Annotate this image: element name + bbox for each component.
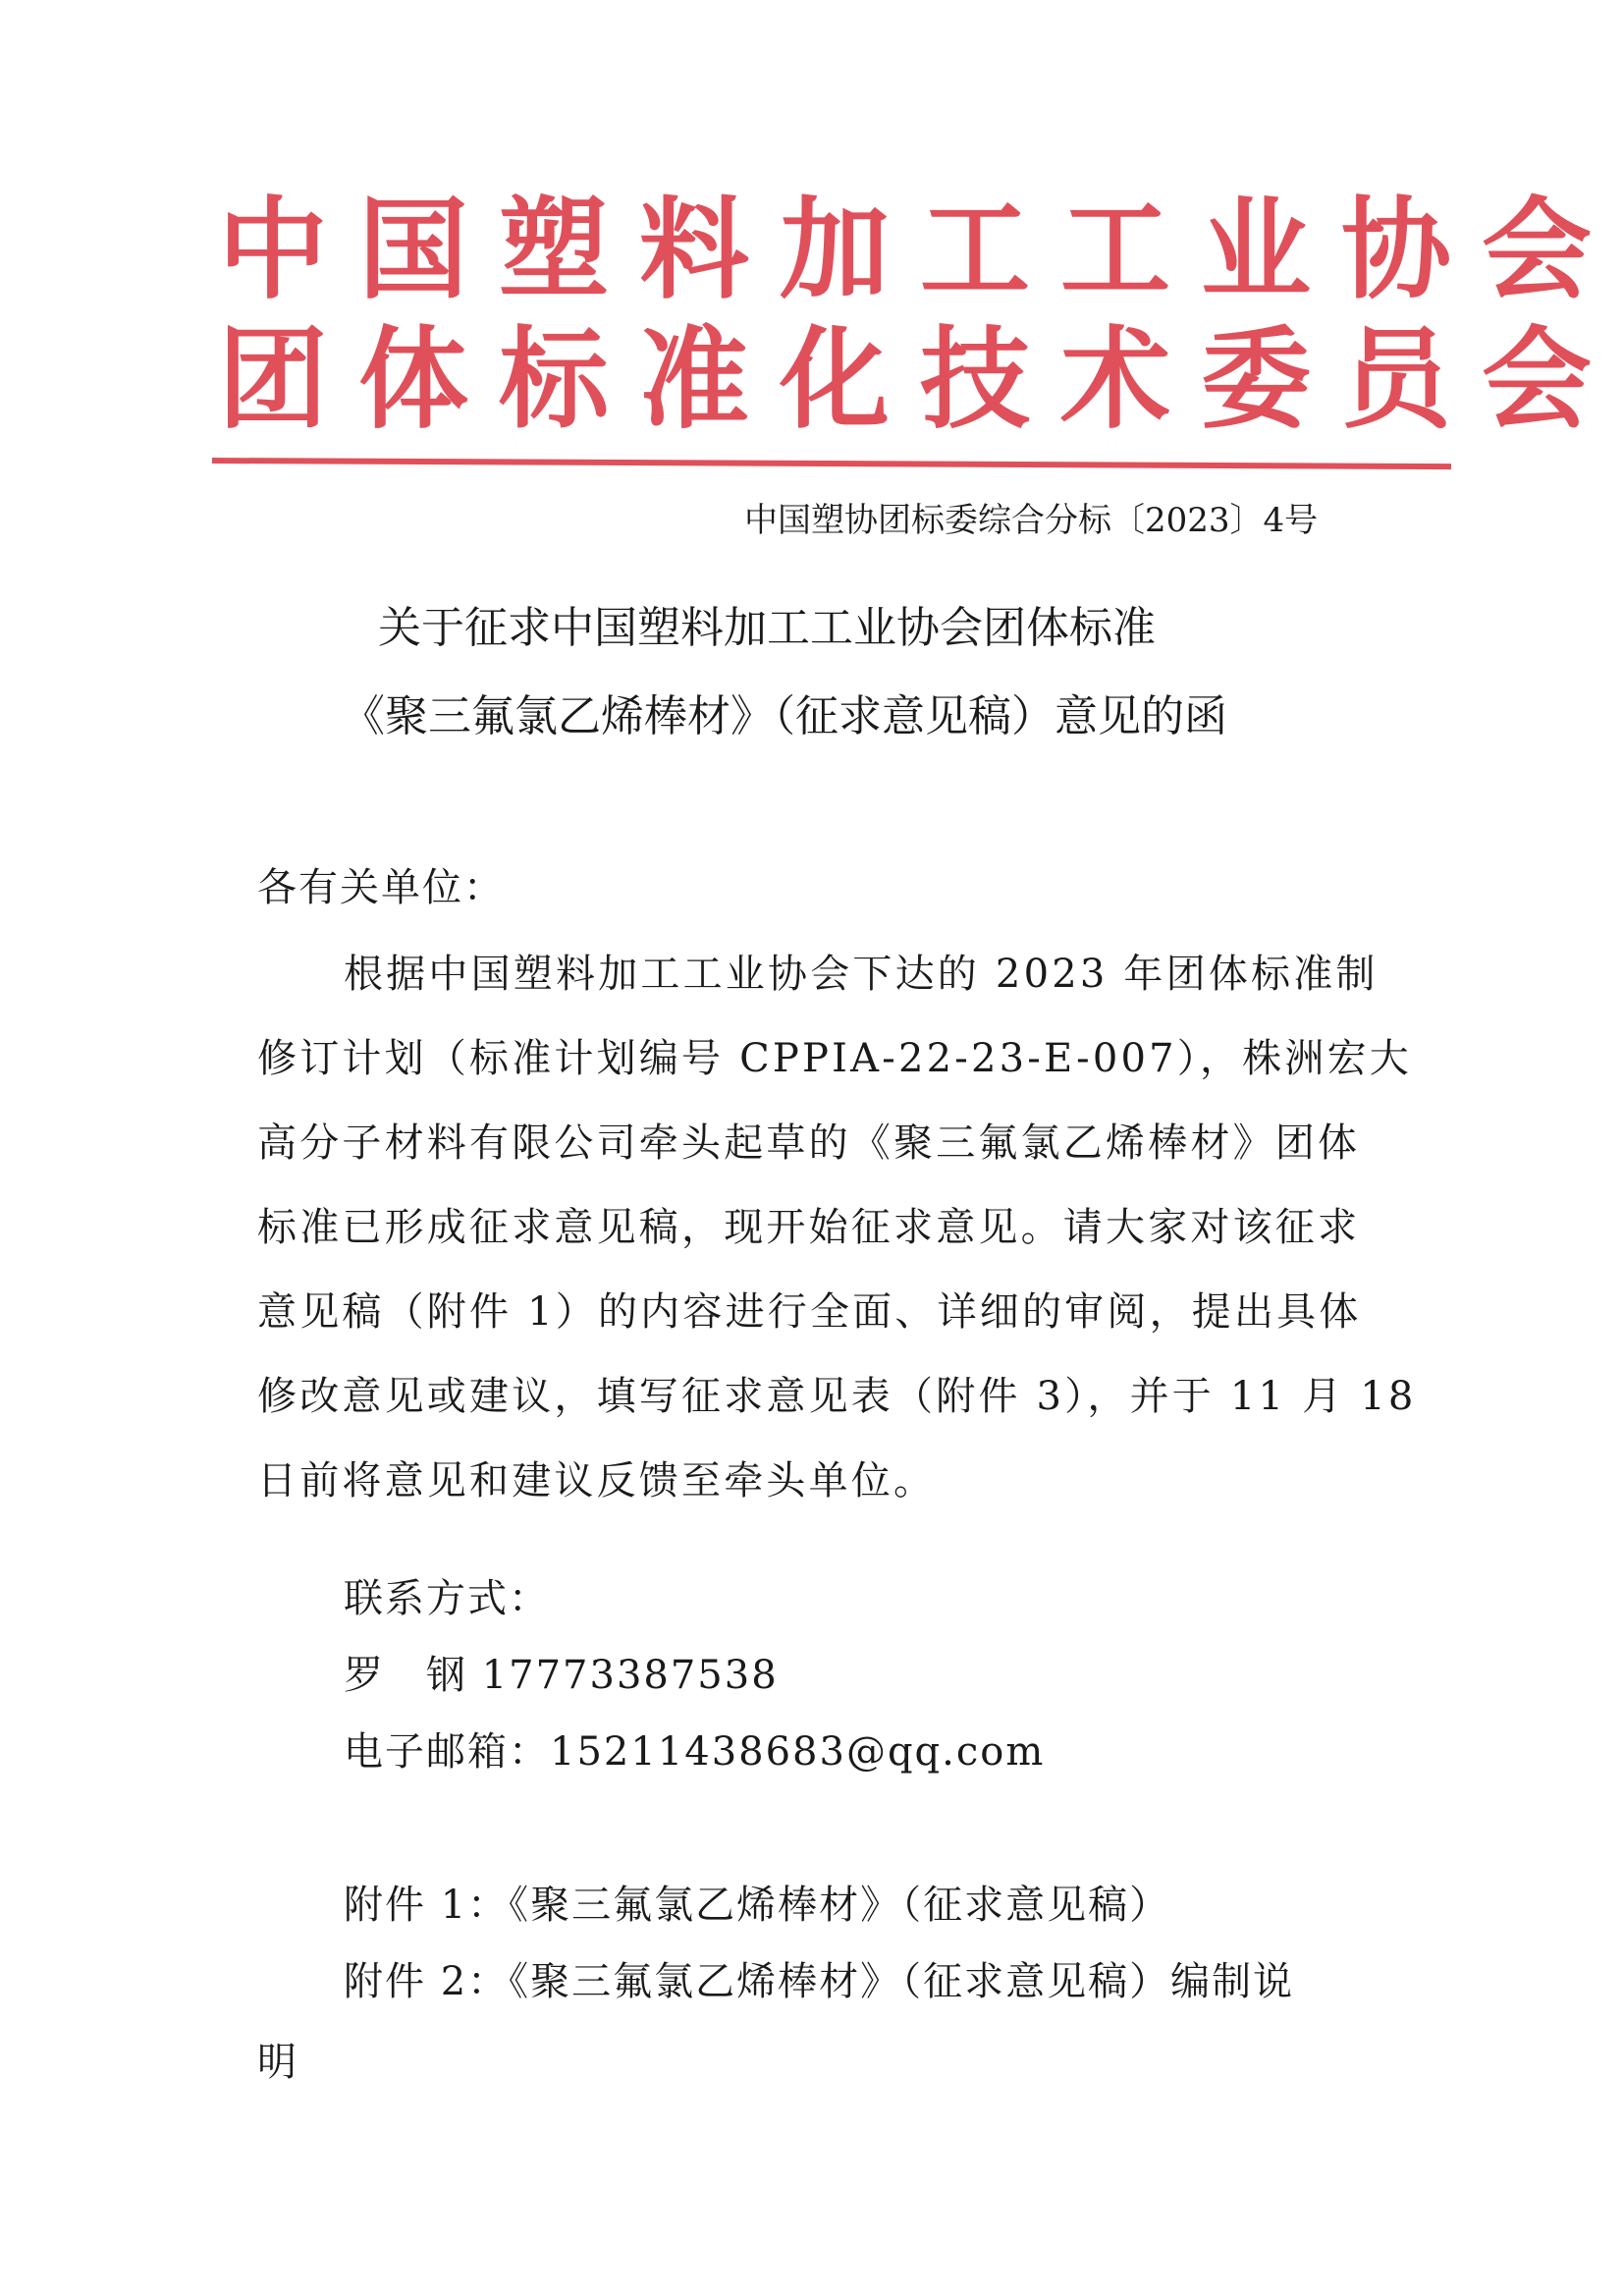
document-number: 中国塑协团标委综合分标〔2023〕4号 (744, 493, 1318, 548)
body-line: 标准已形成征求意见稿，现开始征求意见。请大家对该征求 (257, 1196, 1360, 1252)
attachment-2-continuation: 明 (257, 2031, 298, 2087)
contact-name-phone: 罗 钢 17773387538 (344, 1644, 779, 1700)
body-line: 根据中国塑料加工工业协会下达的 2023 年团体标准制 (344, 943, 1379, 999)
body-line: 日前将意见和建议反馈至牵头单位。 (257, 1449, 936, 1505)
body-line: 修改意见或建议，填写征求意见表（附件 3），并于 11 月 18 (257, 1365, 1417, 1421)
salutation: 各有关单位： (257, 856, 1406, 912)
body-line: 修订计划（标准计划编号 CPPIA-22-23-E-007），株洲宏大 (257, 1027, 1412, 1083)
body-line: 高分子材料有限公司牵头起草的《聚三氟氯乙烯棒材》团体 (257, 1112, 1360, 1168)
attachment-1: 附件 1：《聚三氟氯乙烯棒材》（征求意见稿） (344, 1874, 1170, 1930)
attachment-2: 附件 2：《聚三氟氯乙烯棒材》（征求意见稿）编制说 (344, 1950, 1294, 2006)
contact-heading: 联系方式： (344, 1567, 550, 1623)
letterhead-line-1: 中国塑料加工工业协会 (218, 187, 1450, 314)
title-line-1: 关于征求中国塑料加工工业协会团体标准 (378, 594, 1156, 663)
body-line: 意见稿（附件 1）的内容进行全面、详细的审阅，提出具体 (257, 1281, 1362, 1337)
contact-email: 电子邮箱：15211438683@qq.com (344, 1721, 1045, 1777)
letterhead-line-2: 团体标准化技术委员会 (218, 316, 1450, 444)
letterhead-divider (212, 458, 1451, 469)
title-line-2: 《聚三氟氯乙烯棒材》（征求意见稿）意见的函 (342, 683, 1227, 751)
